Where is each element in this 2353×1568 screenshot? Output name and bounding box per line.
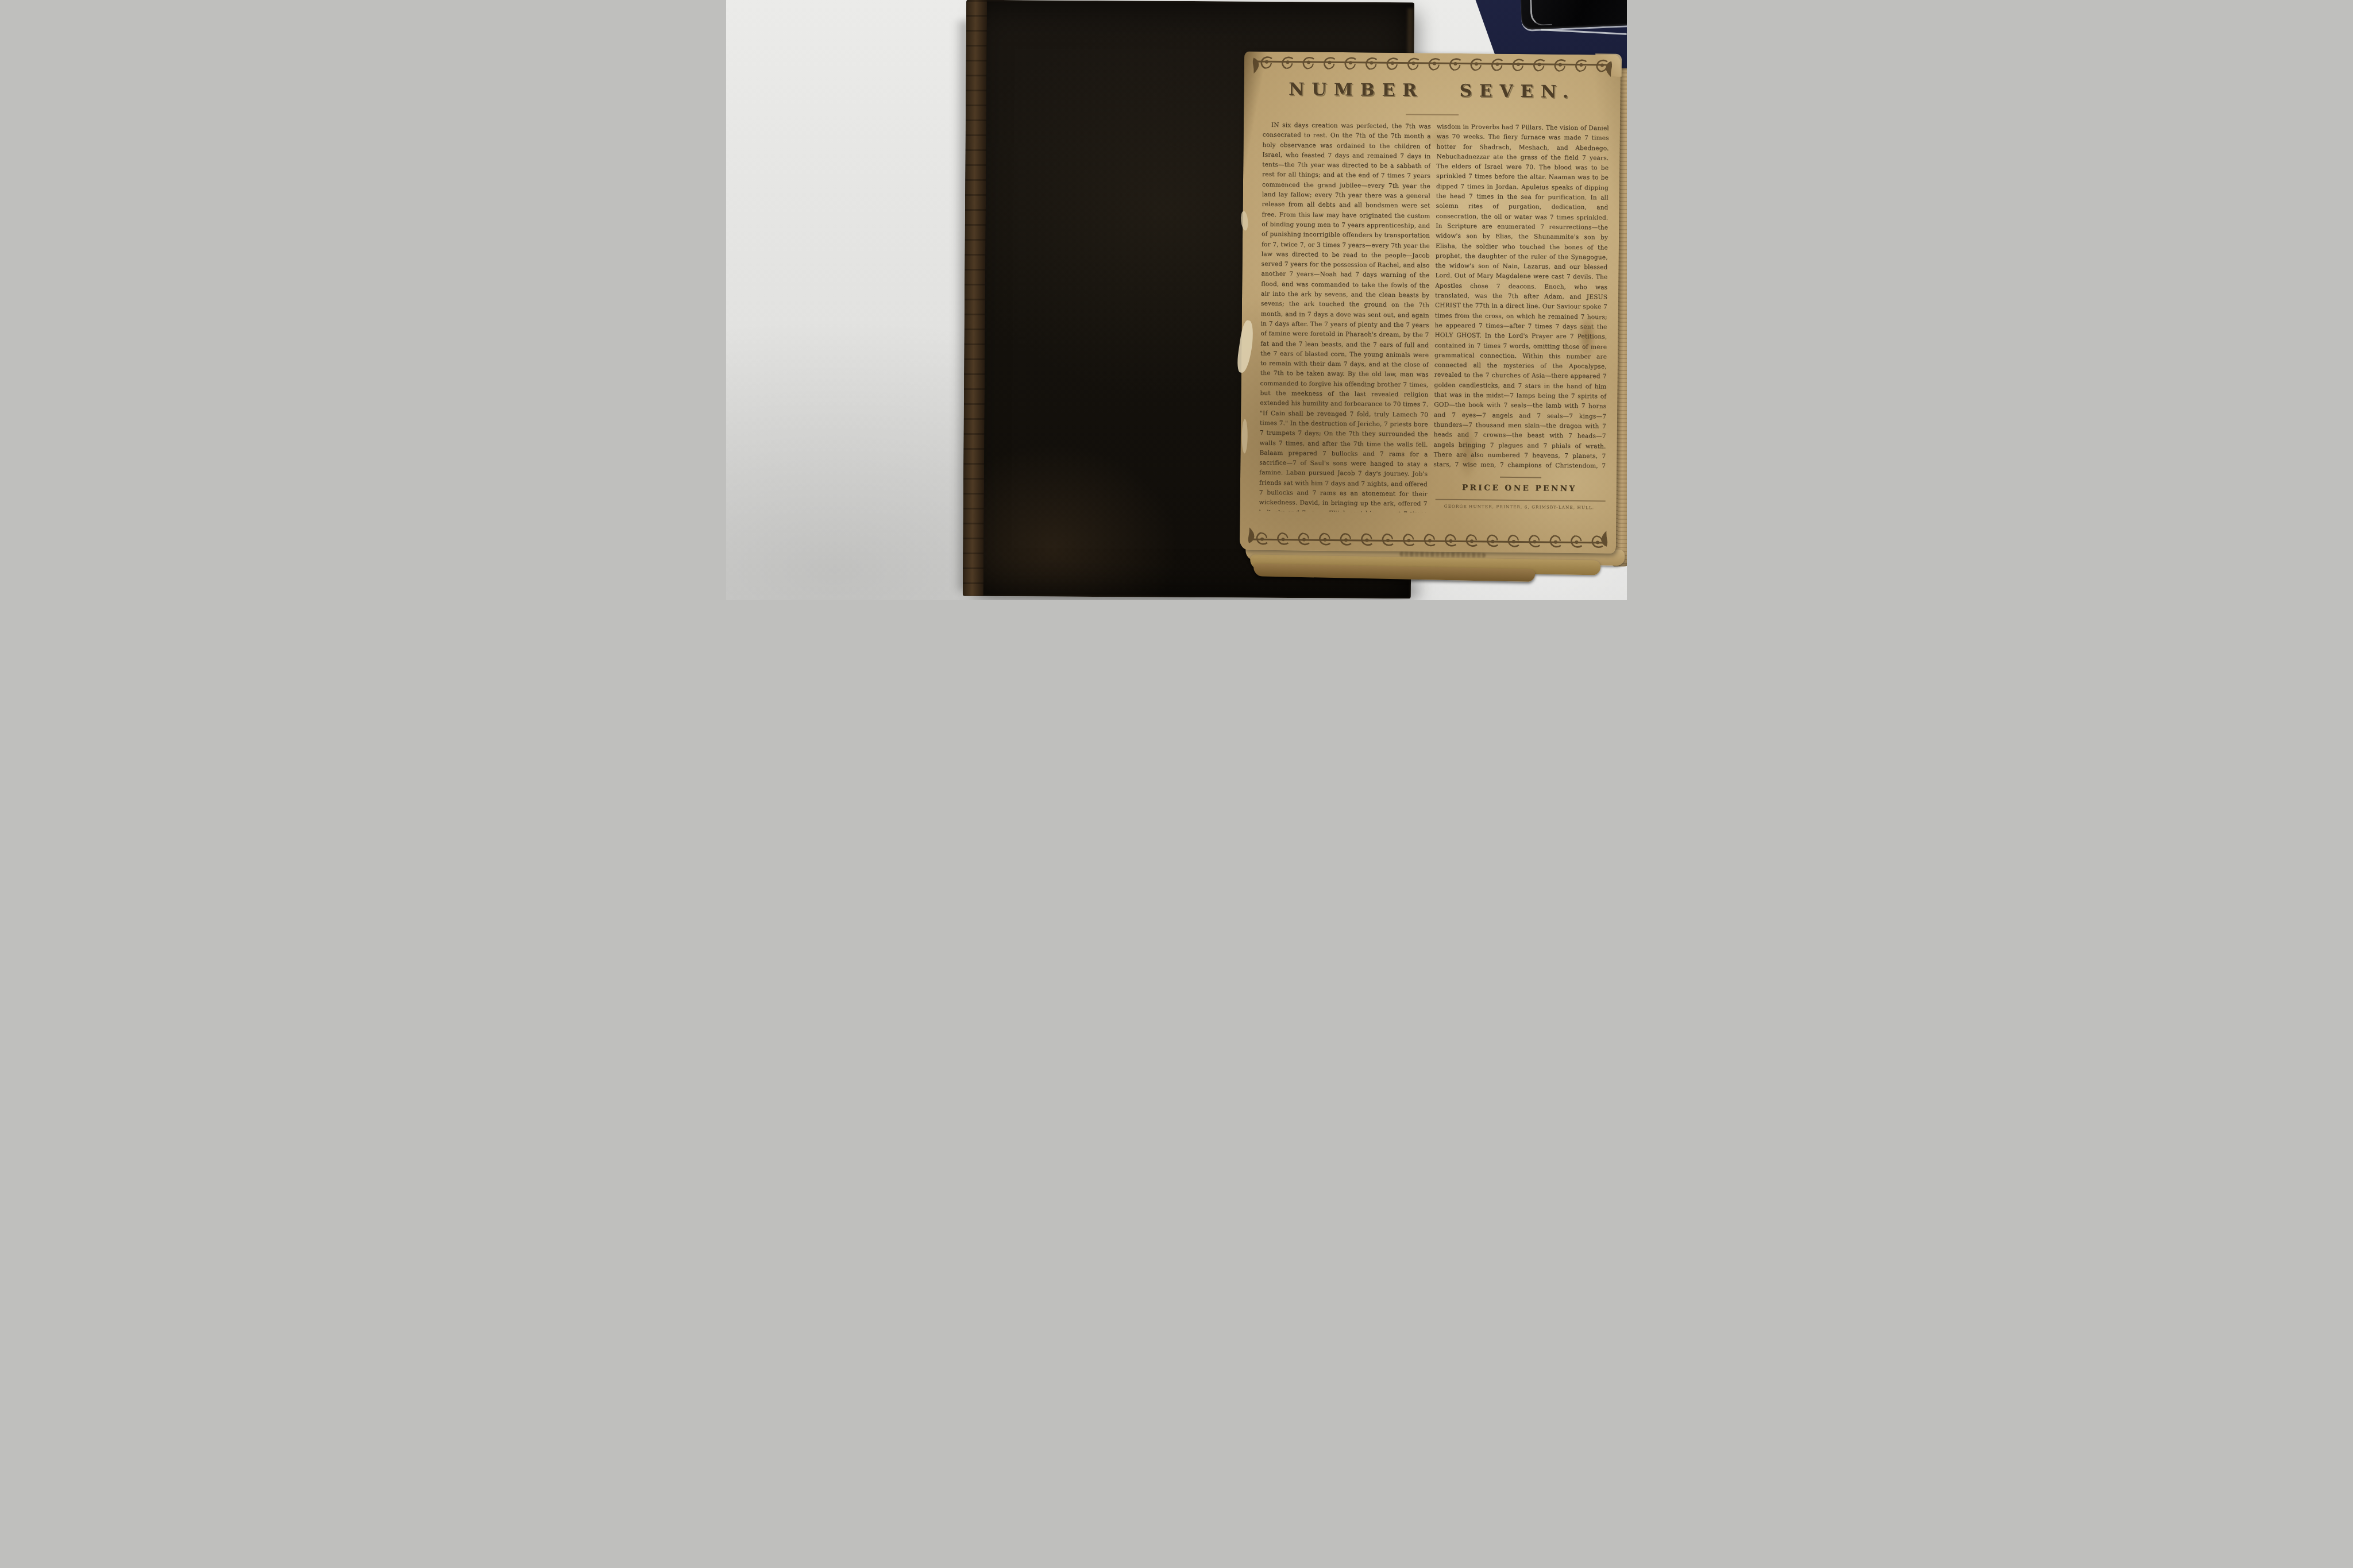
printer-imprint: GEORGE HUNTER, PRINTER, 6, GRIMSBY-LANE,… xyxy=(1433,504,1606,511)
page-tear xyxy=(1236,319,1256,373)
price-rule xyxy=(1500,477,1541,478)
scroll-border-bottom xyxy=(1245,527,1610,551)
broadside-page: NUMBER SEVEN. IN six days creation was p… xyxy=(1240,51,1621,553)
imprint-rule xyxy=(1436,499,1606,501)
device-highlight xyxy=(1530,0,1552,26)
scroll-border-top xyxy=(1250,53,1615,78)
text-column-left: IN six days creation was perfected, the … xyxy=(1259,121,1431,513)
text-column-right: wisdom in Proverbs had 7 Pillars. The vi… xyxy=(1433,122,1609,471)
photo-scene: NUMBER SEVEN. IN six days creation was p… xyxy=(726,0,1627,600)
page-tear xyxy=(1240,211,1249,231)
leather-book-cover: NUMBER SEVEN. IN six days creation was p… xyxy=(963,0,1414,598)
page-tear xyxy=(1241,419,1248,453)
page-title: NUMBER SEVEN. xyxy=(1244,79,1620,102)
price-line: PRICE ONE PENNY xyxy=(1433,483,1606,494)
title-rule xyxy=(1406,114,1459,115)
book-spine xyxy=(963,0,987,596)
black-device-corner xyxy=(1521,0,1627,30)
